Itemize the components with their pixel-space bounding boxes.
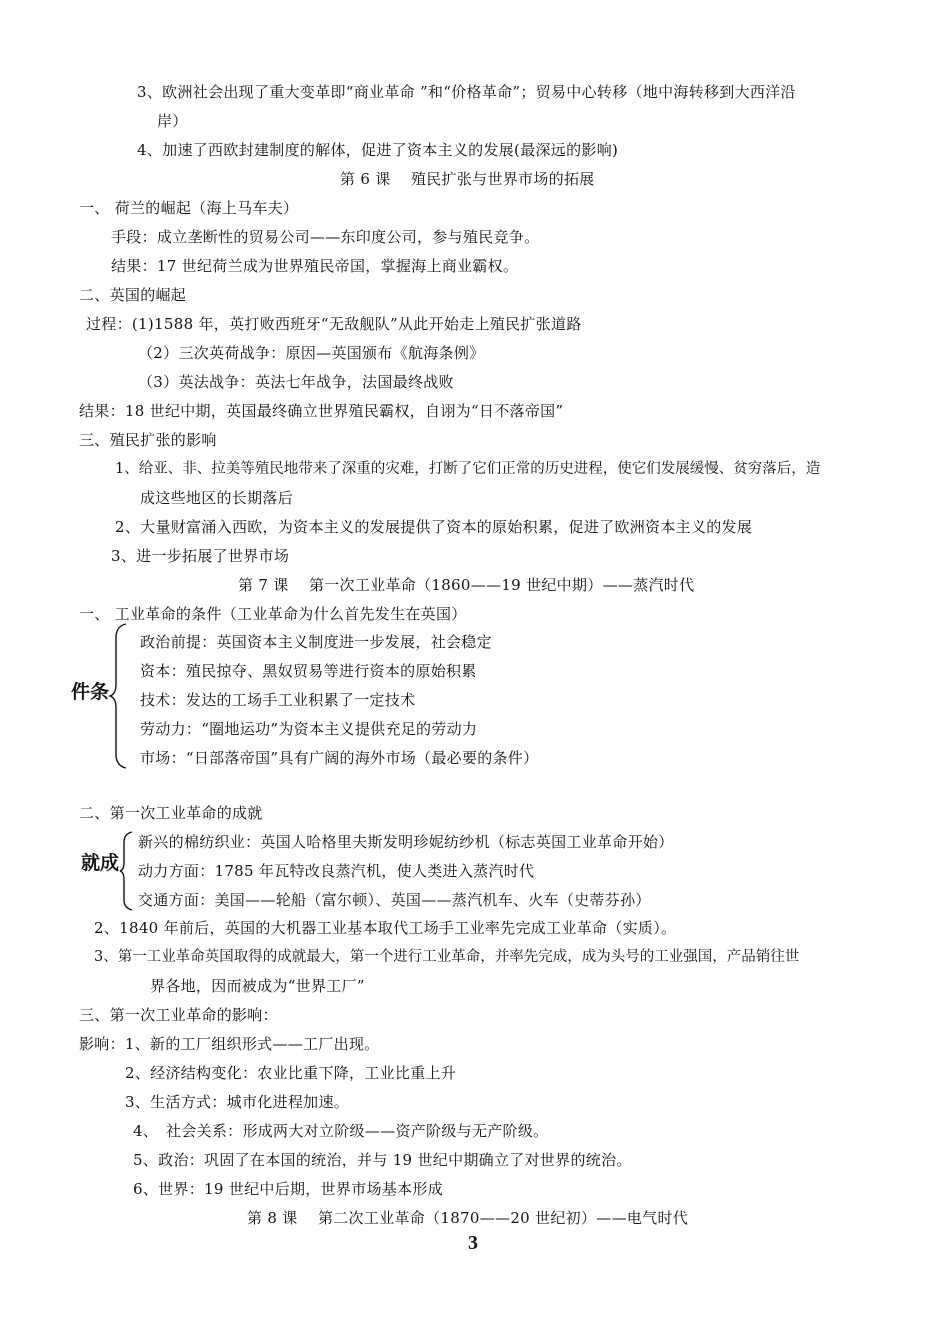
lesson8-title: 第 8 课 第二次工业革命（1870——20 世纪初）——电气时代 <box>247 1208 688 1228</box>
impact-item: 4、 社会关系：形成两大对立阶级——资产阶级与无产阶级。 <box>133 1121 548 1141</box>
condition-item: 资本：殖民掠夺、黑奴贸易等进行资本的原始积累 <box>140 661 477 681</box>
lesson6-sec3-heading: 三、殖民扩张的影响 <box>79 430 217 450</box>
impact-item: 2、经济结构变化：农业比重下降，工业比重上升 <box>125 1063 456 1083</box>
lesson6-sec1-heading: 一、 荷兰的崛起（海上马车夫） <box>79 198 298 218</box>
lesson6-sec1-result: 结果：17 世纪荷兰成为世界殖民帝国，掌握海上商业霸权。 <box>111 256 518 276</box>
lesson6-sec2-process2: （2）三次英荷战争：原因—英国颁布《航海条例》 <box>138 343 484 363</box>
condition-item: 技术：发达的工场手工业积累了一定技术 <box>140 690 415 710</box>
impact-item: 5、政治：巩固了在本国的统治，并与 19 世纪中期确立了对世界的统治。 <box>133 1150 632 1170</box>
lesson7-title: 第 7 课 第一次工业革命（1860——19 世纪中期）——蒸汽时代 <box>238 575 694 595</box>
lesson6-sec1-means: 手段：成立垄断性的贸易公司——东印度公司，参与殖民竞争。 <box>111 227 539 247</box>
lesson6-sec2-heading: 二、英国的崛起 <box>79 285 186 305</box>
condition-item: 市场：“日部落帝国”具有广阔的海外市场（最必要的条件） <box>140 748 538 768</box>
achievement-item: 动力方面：1785 年瓦特改良蒸汽机，使人类进入蒸汽时代 <box>138 861 534 881</box>
condition-item: 劳动力：“圈地运功”为资本主义提供充足的劳动力 <box>140 719 477 739</box>
lesson6-sec2-process3: （3）英法战争：英法七年战争，法国最终战败 <box>138 372 454 392</box>
condition-item: 政治前提：英国资本主义制度进一步发展，社会稳定 <box>140 632 492 652</box>
impact-item: 6、世界：19 世纪中后期，世界市场基本形成 <box>133 1179 443 1199</box>
conditions-brace-label: 件条 <box>71 681 109 703</box>
lesson7-sec2-heading: 二、第一次工业革命的成就 <box>79 803 263 823</box>
lesson7-sec2-item2: 2、1840 年前后，英国的大机器工业基本取代工场手工业率先完成工业革命（实质）… <box>94 918 676 938</box>
curly-brace-icon <box>120 830 136 912</box>
lesson7-sec2-item3-line2: 界各地，因而被成为“世界工厂” <box>150 976 365 996</box>
page-number: 3 <box>468 1232 478 1255</box>
lesson5-item3-line2: 岸） <box>157 111 188 131</box>
lesson6-title: 第 6 课 殖民扩张与世界市场的拓展 <box>340 169 595 189</box>
lesson7-sec1-heading: 一、 工业革命的条件（工业革命为什么首先发生在英国） <box>79 604 467 624</box>
achievement-item: 新兴的棉纺织业：英国人哈格里夫斯发明珍妮纺纱机（标志英国工业革命开始） <box>138 832 674 852</box>
lesson6-sec3-item3: 3、进一步拓展了世界市场 <box>111 546 289 566</box>
impact-item: 影响：1、新的工厂组织形式——工厂出现。 <box>79 1034 380 1054</box>
lesson7-sec2-item3-line1: 3、第一工业革命英国取得的成就最大，第一个进行工业革命，并率先完成，成为头号的工… <box>94 947 799 967</box>
lesson5-item3-line1: 3、欧洲社会出现了重大变革即“商业革命 ”和“价格革命”；贸易中心转移（地中海转… <box>137 82 796 102</box>
lesson5-item4: 4、加速了西欧封建制度的解体，促进了资本主义的发展(最深远的影响) <box>137 140 618 160</box>
lesson6-sec3-item1-line1: 1、给亚、非、拉美等殖民地带来了深重的灾难，打断了它们正常的历史进程，使它们发展… <box>115 459 820 479</box>
lesson6-sec2-result: 结果：18 世纪中期，英国最终确立世界殖民霸权，自诩为“日不落帝国” <box>79 401 563 421</box>
lesson7-sec3-heading: 三、第一次工业革命的影响： <box>79 1005 278 1025</box>
achievements-brace-label: 就成 <box>81 852 119 874</box>
lesson6-sec3-item2: 2、大量财富涌入西欧，为资本主义的发展提供了资本的原始积累，促进了欧洲资本主义的… <box>115 517 752 537</box>
lesson6-sec2-process1: 过程：(1)1588 年，英打败西班牙“无敌舰队”从此开始走上殖民扩张道路 <box>86 314 582 334</box>
lesson6-sec3-item1-line2: 成这些地区的长期落后 <box>140 488 293 508</box>
impact-item: 3、生活方式：城市化进程加速。 <box>125 1092 349 1112</box>
curly-brace-icon <box>110 622 130 770</box>
achievement-item: 交通方面：美国——轮船（富尔顿）、英国——蒸汽机车、火车（史蒂芬孙） <box>138 890 651 910</box>
